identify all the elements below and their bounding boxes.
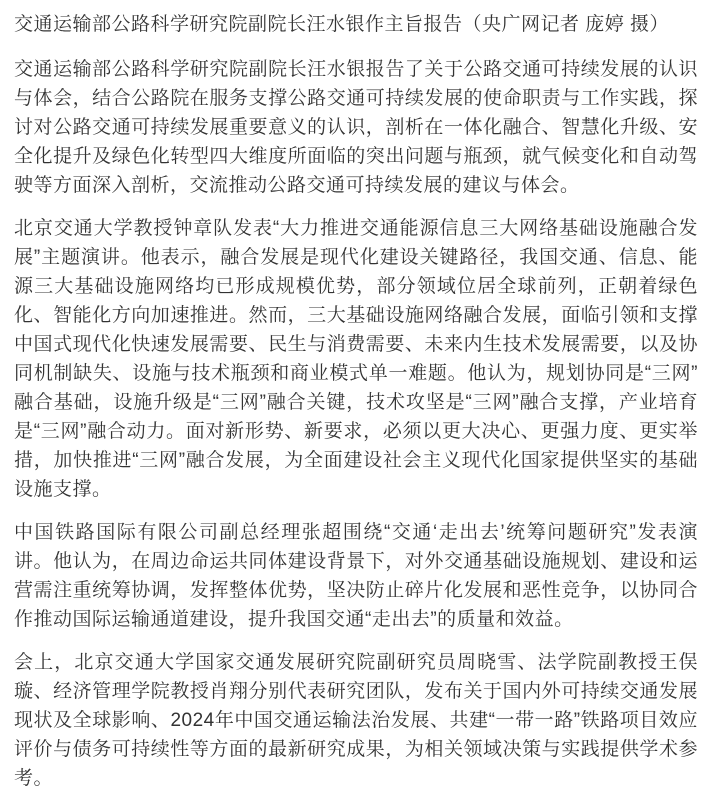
article-body: 交通运输部公路科学研究院副院长汪水银作主旨报告（央广网记者 庞婷 摄） 交通运输…: [0, 0, 712, 793]
photo-caption: 交通运输部公路科学研究院副院长汪水银作主旨报告（央广网记者 庞婷 摄）: [14, 10, 698, 39]
article-paragraph-3: 中国铁路国际有限公司副总经理张超围绕“交通‘走出去’统筹问题研究”发表演讲。他认…: [14, 518, 698, 634]
article-paragraph-1: 交通运输部公路科学研究院副院长汪水银报告了关于公路交通可持续发展的认识与体会，结…: [14, 55, 698, 200]
article-paragraph-2: 北京交通大学教授钟章队发表“大力推进交通能源信息三大网络基础设施融合发展”主题演…: [14, 214, 698, 504]
article-paragraph-4: 会上，北京交通大学国家交通发展研究院副研究员周晓雪、法学院副教授王俣璇、经济管理…: [14, 648, 698, 793]
